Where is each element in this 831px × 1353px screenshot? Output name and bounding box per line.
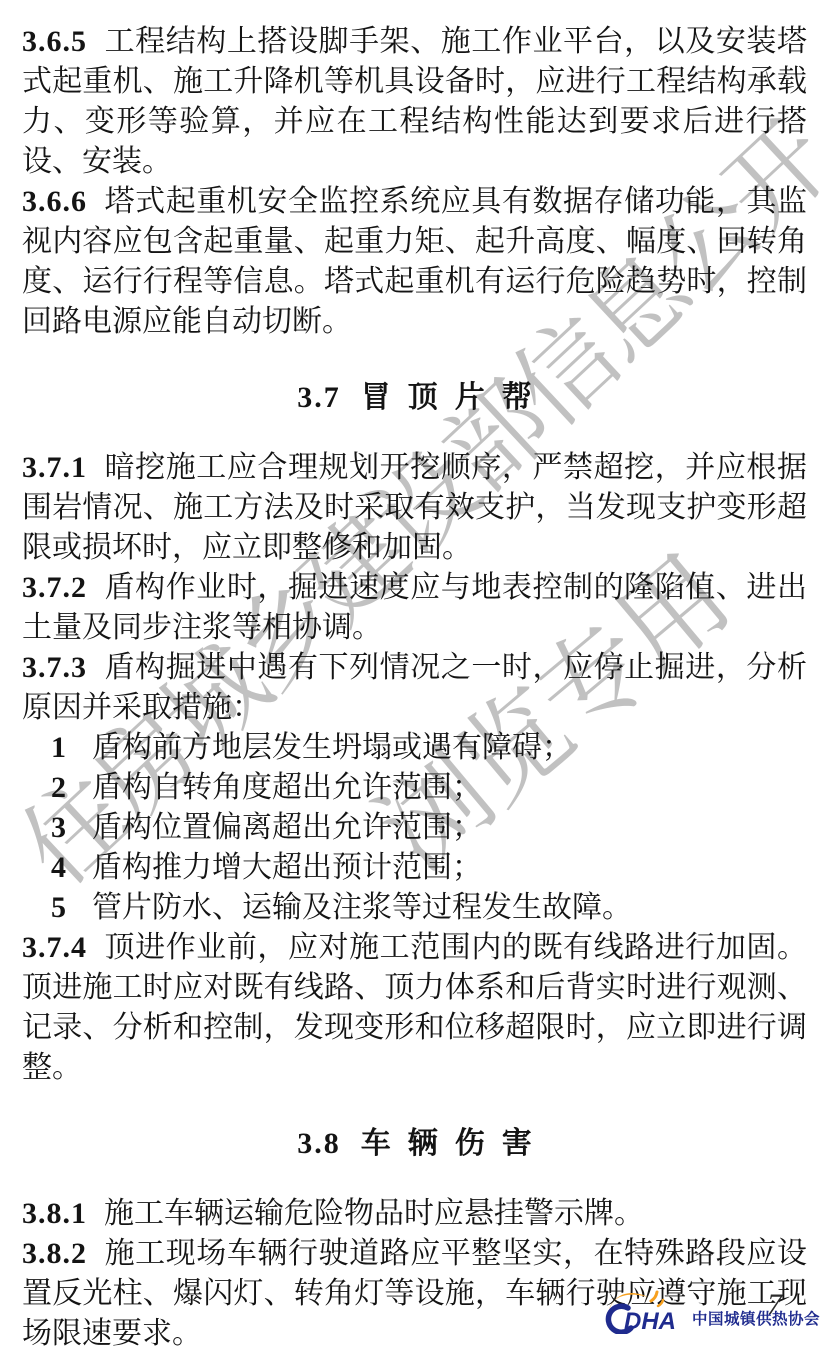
- dha-logo-icon: DHA: [602, 1290, 680, 1334]
- org-name: 中国城镇供热协会: [692, 1307, 820, 1334]
- list-item: 1盾构前方地层发生坍塌或遇有障碍；: [22, 728, 807, 768]
- section-title: 冒顶片帮: [361, 381, 549, 414]
- list-item-number: 2: [51, 771, 66, 804]
- clause-number: 3.7.2: [22, 571, 87, 604]
- clause-text: 盾构作业时，掘进速度应与地表控制的隆陷值、进出土量及同步注浆等相协调。: [22, 571, 807, 644]
- clause-number: 3.6.5: [22, 25, 87, 58]
- logo-abbr: DHA: [624, 1308, 676, 1334]
- list-item: 4盾构推力增大超出预计范围；: [22, 848, 807, 888]
- clause-text: 盾构掘进中遇有下列情况之一时，应停止掘进，分析原因并采取措施：: [22, 651, 807, 724]
- clause-text: 工程结构上搭设脚手架、施工作业平台，以及安装塔式起重机、施工升降机等机具设备时，…: [22, 25, 807, 178]
- document-page: 住房城乡建设部信息公开 浏览专用 3.6.5工程结构上搭设脚手架、施工作业平台，…: [0, 0, 831, 1353]
- document-body: 3.6.5工程结构上搭设脚手架、施工作业平台，以及安装塔式起重机、施工升降机等机…: [22, 22, 807, 1353]
- footer-logo: DHA 中国城镇供热协会: [602, 1290, 820, 1334]
- section-title: 车辆伤害: [361, 1127, 549, 1160]
- clause-number: 3.8.2: [22, 1237, 87, 1270]
- clause-paragraph: 3.7.1暗挖施工应合理规划开挖顺序，严禁超挖，并应根据围岩情况、施工方法及时采…: [22, 448, 807, 568]
- logo-signal-tick-1: [651, 1292, 657, 1301]
- list-item: 5管片防水、运输及注浆等过程发生故障。: [22, 888, 807, 928]
- clause-number: 3.7.1: [22, 451, 87, 484]
- section-heading: 3.7冒顶片帮: [22, 378, 807, 418]
- list-item-number: 4: [51, 851, 66, 884]
- list-item: 3盾构位置偏离超出允许范围；: [22, 808, 807, 848]
- page-number: 7: [767, 1288, 782, 1322]
- clause-number: 3.7.3: [22, 651, 87, 684]
- clause-text: 塔式起重机安全监控系统应具有数据存储功能，其监视内容应包含起重量、起重力矩、起升…: [22, 185, 807, 338]
- clause-number: 3.8.1: [22, 1197, 87, 1230]
- clause-text: 顶进作业前，应对施工范围内的既有线路进行加固。顶进施工时应对既有线路、顶力体系和…: [22, 931, 807, 1084]
- list-item-text: 盾构自转角度超出允许范围；: [92, 771, 482, 804]
- list-item: 2盾构自转角度超出允许范围；: [22, 768, 807, 808]
- clause-text: 施工车辆运输危险物品时应悬挂警示牌。: [104, 1197, 644, 1230]
- list-item-number: 1: [51, 731, 66, 764]
- clause-text: 暗挖施工应合理规划开挖顺序，严禁超挖，并应根据围岩情况、施工方法及时采取有效支护…: [22, 451, 807, 564]
- clause-paragraph: 3.7.3盾构掘进中遇有下列情况之一时，应停止掘进，分析原因并采取措施：: [22, 648, 807, 728]
- list-item-number: 5: [51, 891, 66, 924]
- list-item-text: 盾构推力增大超出预计范围；: [92, 851, 482, 884]
- section-heading: 3.8车辆伤害: [22, 1124, 807, 1164]
- clause-paragraph: 3.7.2盾构作业时，掘进速度应与地表控制的隆陷值、进出土量及同步注浆等相协调。: [22, 568, 807, 648]
- list-item-number: 3: [51, 811, 66, 844]
- logo-signal-tick-2: [658, 1300, 663, 1306]
- clause-paragraph: 3.7.4顶进作业前，应对施工范围内的既有线路进行加固。顶进施工时应对既有线路、…: [22, 928, 807, 1088]
- clause-paragraph: 3.6.5工程结构上搭设脚手架、施工作业平台，以及安装塔式起重机、施工升降机等机…: [22, 22, 807, 182]
- list-item-text: 管片防水、运输及注浆等过程发生故障。: [92, 891, 632, 924]
- list-item-text: 盾构位置偏离超出允许范围；: [92, 811, 482, 844]
- clause-number: 3.6.6: [22, 185, 87, 218]
- clause-paragraph: 3.8.1施工车辆运输危险物品时应悬挂警示牌。: [22, 1194, 807, 1234]
- section-number: 3.7: [297, 381, 341, 414]
- clause-paragraph: 3.6.6塔式起重机安全监控系统应具有数据存储功能，其监视内容应包含起重量、起重…: [22, 182, 807, 342]
- list-item-text: 盾构前方地层发生坍塌或遇有障碍；: [92, 731, 572, 764]
- section-number: 3.8: [297, 1127, 341, 1160]
- clause-number: 3.7.4: [22, 931, 87, 964]
